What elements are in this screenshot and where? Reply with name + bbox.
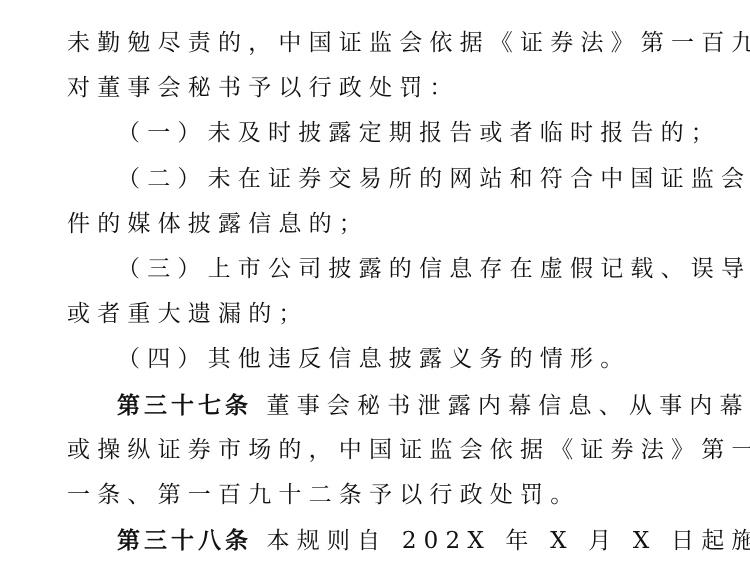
- paragraph-line: 未勤勉尽责的，中国证监会依据《证券法》第一百九十七条: [67, 21, 691, 66]
- article-heading: 第三十八条: [117, 527, 252, 554]
- list-item-1: （一）未及时披露定期报告或者临时报告的；: [67, 111, 691, 156]
- article-text: 董事会秘书泄露内幕信息、从事内幕交易: [252, 393, 750, 419]
- list-item-4: （四）其他违反信息披露义务的情形。: [67, 337, 691, 382]
- paragraph-line: 对董事会秘书予以行政处罚：: [67, 66, 691, 111]
- paragraph-line: 件的媒体披露信息的；: [67, 202, 691, 247]
- paragraph-line: 或者重大遗漏的；: [67, 292, 691, 337]
- article-38: 第三十八条 本规则自 202X 年 X 月 X 日起施行。: [67, 518, 691, 563]
- paragraph-line: 一条、第一百九十二条予以行政处罚。: [67, 473, 691, 518]
- article-37: 第三十七条 董事会秘书泄露内幕信息、从事内幕交易: [67, 383, 691, 428]
- document-page: 未勤勉尽责的，中国证监会依据《证券法》第一百九十七条 对董事会秘书予以行政处罚：…: [67, 21, 691, 563]
- article-heading: 第三十七条: [117, 392, 252, 419]
- article-text: 本规则自 202X 年 X 月 X 日起施行。: [252, 528, 750, 554]
- list-item-2: （二）未在证券交易所的网站和符合中国证监会规定条: [67, 157, 691, 202]
- list-item-3: （三）上市公司披露的信息存在虚假记载、误导性陈述: [67, 247, 691, 292]
- paragraph-line: 或操纵证券市场的，中国证监会依据《证券法》第一百九十: [67, 428, 691, 473]
